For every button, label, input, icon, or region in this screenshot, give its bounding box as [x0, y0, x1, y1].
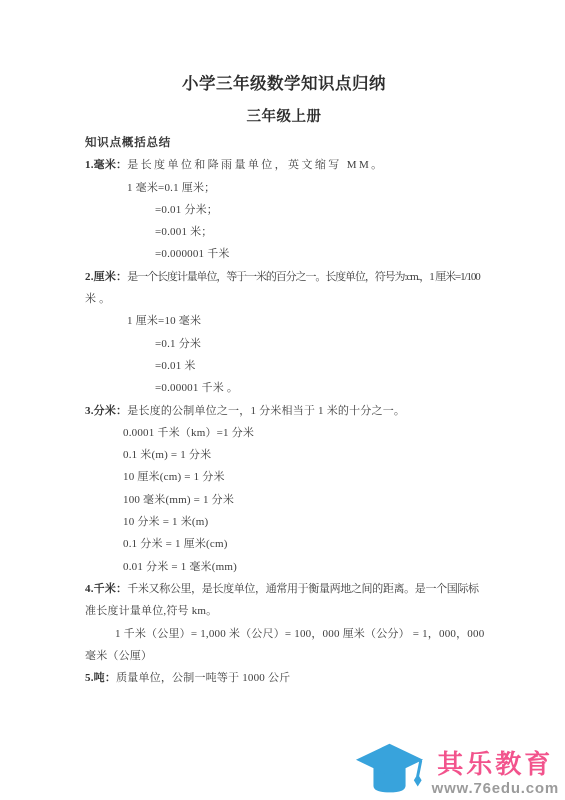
formula-line: 0.0001 千米（km）=1 分米: [85, 422, 483, 444]
definition-text: 是一个长度计量单位，等于一米的百分之一。长度单位，符号为:cm.，1 厘米=1/…: [127, 271, 479, 283]
formula-line: 1 厘米=10 毫米: [85, 310, 483, 332]
page-title: 小学三年级数学知识点归纳: [85, 74, 483, 94]
term-label-decimeter: 3.分米：: [85, 405, 127, 417]
formula-line: 0.01 分米 = 1 毫米(mm): [85, 556, 483, 578]
page-subtitle: 三年级上册: [85, 108, 483, 127]
term-label-kilometer: 4.千米：: [85, 583, 127, 595]
formula-line: =0.1 分米: [85, 333, 483, 355]
definition-continuation: 米 。: [85, 288, 483, 310]
logo-text-block: 其乐教育 www.76edu.com: [432, 749, 559, 799]
document-content: 小学三年级数学知识点归纳 三年级上册 知识点概括总结 1.毫米：是长度单位和降雨…: [85, 64, 483, 689]
definition-text: 千米又称公里，是长度单位，通常用于衡量两地之间的距离。是一个国际标: [127, 583, 478, 595]
formula-continuation: 毫米（公厘）: [85, 645, 483, 667]
term-label-millimeter: 1.毫米：: [85, 159, 127, 171]
definition-centimeter: 2.厘米：是一个长度计量单位，等于一米的百分之一。长度单位，符号为:cm.，1 …: [85, 266, 483, 288]
section-heading: 知识点概括总结: [85, 132, 483, 154]
logo-website-url: www.76edu.com: [432, 779, 559, 798]
formula-line: 1 千米（公里）= 1,000 米（公尺）= 100，000 厘米（公分） = …: [85, 623, 483, 645]
term-label-ton: 5.吨：: [85, 672, 116, 684]
formula-line: 10 厘米(cm) = 1 分米: [85, 466, 483, 488]
definition-text: 是长度单位和降雨量单位，英文缩写 MM。: [127, 159, 384, 171]
formula-line: =0.001 米；: [85, 221, 483, 243]
definition-text: 是长度的公制单位之一，1 分米相当于 1 米的十分之一。: [127, 405, 405, 417]
formula-line: =0.01 分米；: [85, 199, 483, 221]
document-page: 小学三年级数学知识点归纳 三年级上册 知识点概括总结 1.毫米：是长度单位和降雨…: [0, 0, 565, 800]
definition-text: 质量单位，公制一吨等于 1000 公斤: [116, 672, 290, 684]
logo-brand-name: 其乐教育: [437, 749, 553, 779]
formula-line: 10 分米 = 1 米(m): [85, 511, 483, 533]
definition-ton: 5.吨：质量单位，公制一吨等于 1000 公斤: [85, 667, 483, 689]
definition-continuation: 准长度计量单位,符号 km。: [85, 600, 483, 622]
formula-line: =0.000001 千米: [85, 243, 483, 265]
definition-kilometer: 4.千米：千米又称公里，是长度单位，通常用于衡量两地之间的距离。是一个国际标: [85, 578, 483, 600]
definition-millimeter: 1.毫米：是长度单位和降雨量单位，英文缩写 MM。: [85, 154, 483, 176]
formula-line: 0.1 米(m) = 1 分米: [85, 444, 483, 466]
formula-line: =0.01 米: [85, 355, 483, 377]
graduation-cap-icon: [354, 741, 426, 799]
definition-decimeter: 3.分米：是长度的公制单位之一，1 分米相当于 1 米的十分之一。: [85, 400, 483, 422]
formula-line: =0.00001 千米 。: [85, 377, 483, 399]
formula-line: 1 毫米=0.1 厘米；: [85, 177, 483, 199]
formula-line: 0.1 分米 = 1 厘米(cm): [85, 533, 483, 555]
qile-education-logo: 其乐教育 www.76edu.com: [354, 741, 559, 799]
term-label-centimeter: 2.厘米：: [85, 271, 127, 283]
formula-line: 100 毫米(mm) = 1 分米: [85, 489, 483, 511]
